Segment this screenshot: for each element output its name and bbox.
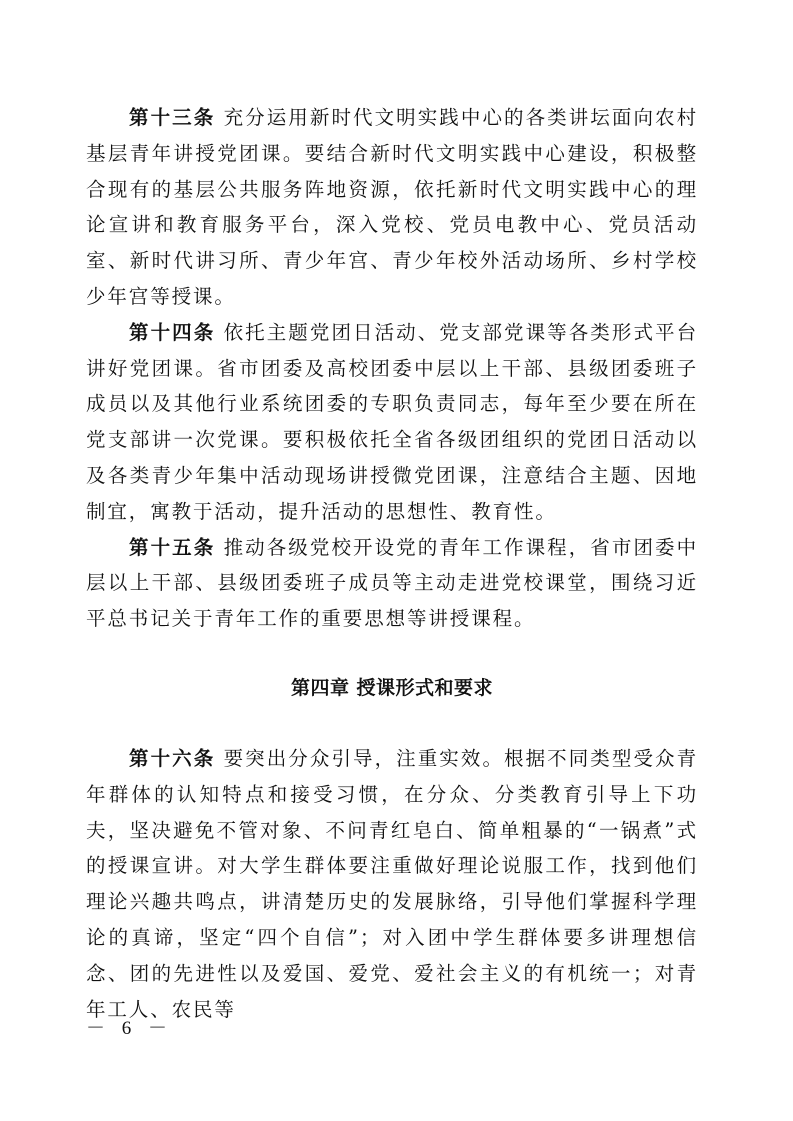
article-13: 第十三条 充分运用新时代文明实践中心的各类讲坛面向农村基层青年讲授党团课。要结合… <box>86 100 698 315</box>
document-page: 第十三条 充分运用新时代文明实践中心的各类讲坛面向农村基层青年讲授党团课。要结合… <box>86 100 698 1027</box>
article-16-number: 第十六条 <box>129 747 215 770</box>
article-15-number: 第十五条 <box>129 536 215 559</box>
article-14-text: 依托主题党团日活动、党支部党课等各类形式平台讲好党团课。省市团委及高校团委中层以… <box>86 321 698 523</box>
article-14: 第十四条 依托主题党团日活动、党支部党课等各类形式平台讲好党团课。省市团委及高校… <box>86 315 698 530</box>
article-16-text: 要突出分众引导，注重实效。根据不同类型受众青年群体的认知特点和接受习惯，在分众、… <box>86 747 698 1021</box>
page-number: － 6 － <box>86 1013 173 1040</box>
article-13-number: 第十三条 <box>129 106 215 129</box>
article-15: 第十五条 推动各级党校开设党的青年工作课程，省市团委中层以上干部、县级团委班子成… <box>86 530 698 637</box>
article-16: 第十六条 要突出分众引导，注重实效。根据不同类型受众青年群体的认知特点和接受习惯… <box>86 741 698 1027</box>
chapter-heading: 第四章 授课形式和要求 <box>86 670 698 706</box>
article-13-text: 充分运用新时代文明实践中心的各类讲坛面向农村基层青年讲授党团课。要结合新时代文明… <box>86 106 698 308</box>
article-14-number: 第十四条 <box>129 321 215 344</box>
